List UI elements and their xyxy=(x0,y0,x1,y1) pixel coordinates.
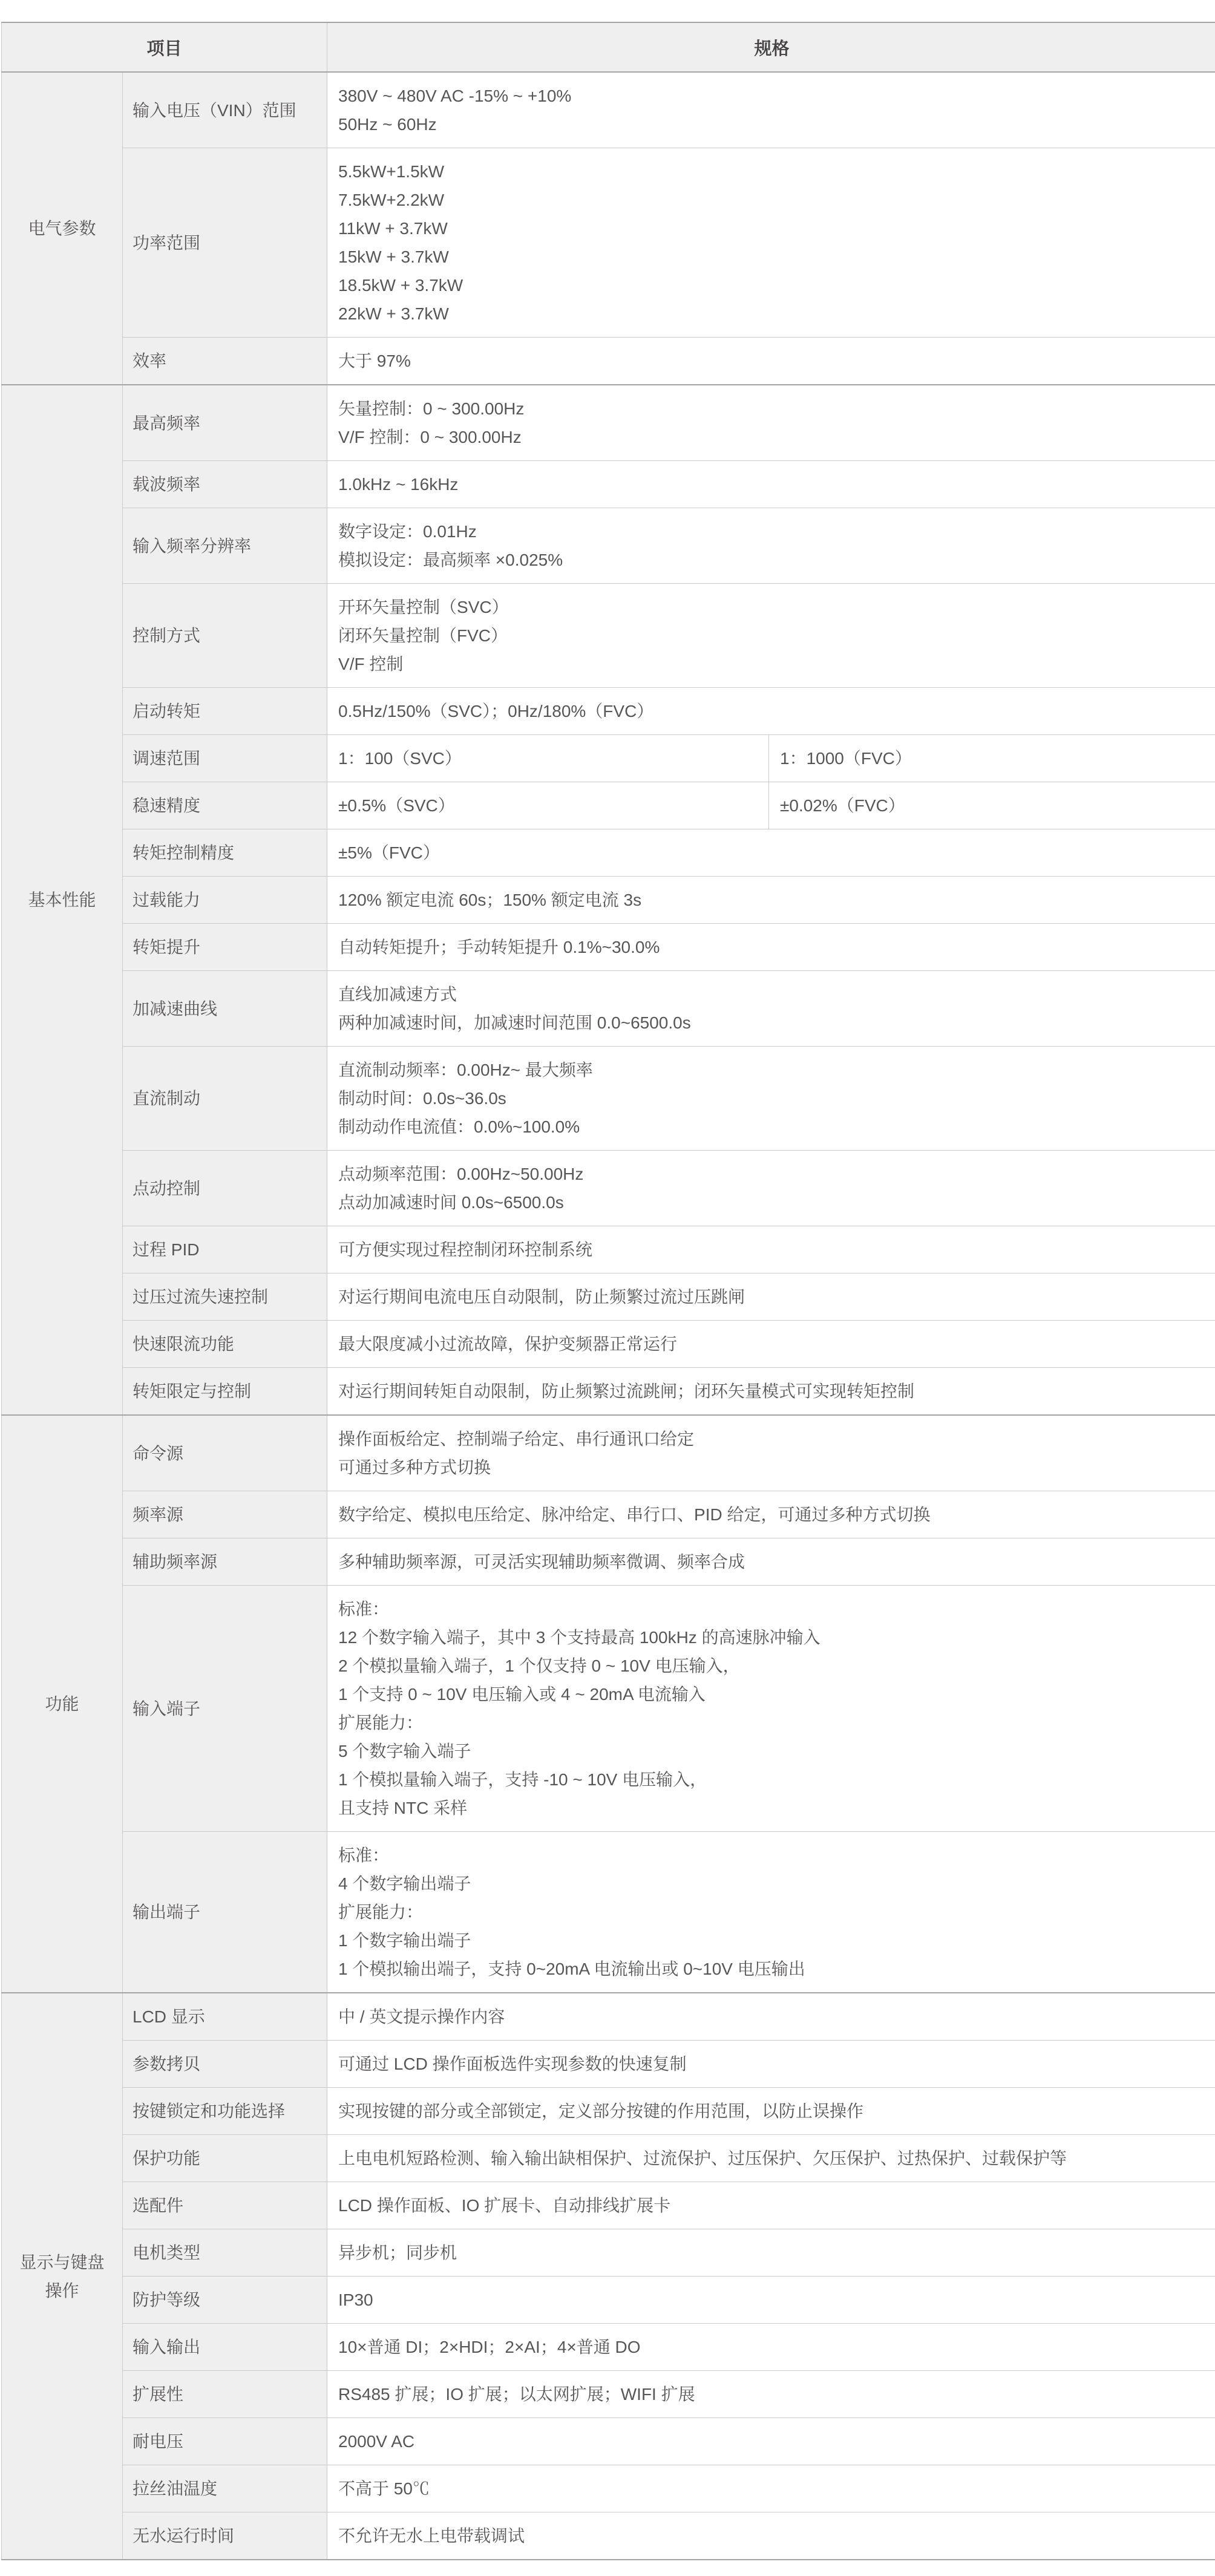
table-row: 过压过流失速控制对运行期间电流电压自动限制，防止频繁过流过压跳闸 xyxy=(2,1273,1215,1321)
group-cell: 基本性能 xyxy=(2,385,123,1415)
table-row: 基本性能最高频率矢量控制：0 ~ 300.00HzV/F 控制：0 ~ 300.… xyxy=(2,385,1215,461)
spec-cell: 可方便实现过程控制闭环控制系统 xyxy=(327,1226,1215,1273)
spec-cell: 多种辅助频率源，可灵活实现辅助频率微调、频率合成 xyxy=(327,1538,1215,1586)
table-row: 辅助频率源多种辅助频率源，可灵活实现辅助频率微调、频率合成 xyxy=(2,1538,1215,1586)
spec-line: 18.5kW + 3.7kW xyxy=(338,271,1205,299)
table-row: 载波频率1.0kHz ~ 16kHz xyxy=(2,461,1215,508)
table-row: 控制方式开环矢量控制（SVC）闭环矢量控制（FVC）V/F 控制 xyxy=(2,584,1215,688)
spec-line: V/F 控制：0 ~ 300.00Hz xyxy=(338,423,1205,451)
item-cell: 转矩控制精度 xyxy=(123,829,327,877)
spec-line: 7.5kW+2.2kW xyxy=(338,186,1205,214)
column-header-spec: 规格 xyxy=(327,22,1215,72)
item-cell: 输入频率分辨率 xyxy=(123,508,327,584)
spec-line: 点动加减速时间 0.0s~6500.0s xyxy=(338,1188,1205,1217)
spec-line: 扩展能力： xyxy=(338,1898,1205,1926)
spec-cell: 不高于 50℃ xyxy=(327,2465,1215,2512)
table-row: 耐电压2000V AC xyxy=(2,2418,1215,2465)
spec-line: RS485 扩展；IO 扩展；以太网扩展；WIFI 扩展 xyxy=(338,2380,1205,2408)
spec-table-body: 电气参数输入电压（VIN）范围380V ~ 480V AC -15% ~ +10… xyxy=(2,72,1215,2560)
spec-line: 5.5kW+1.5kW xyxy=(338,157,1205,186)
item-cell: 效率 xyxy=(123,338,327,385)
item-cell: 直流制动 xyxy=(123,1047,327,1151)
spec-cell: 可通过 LCD 操作面板选件实现参数的快速复制 xyxy=(327,2041,1215,2088)
spec-line: 1 个模拟输出端子，支持 0~20mA 电流输出或 0~10V 电压输出 xyxy=(338,1955,1205,1983)
item-cell: 过程 PID xyxy=(123,1226,327,1273)
spec-line: 120% 额定电流 60s；150% 额定电流 3s xyxy=(338,886,1205,914)
spec-cell: 点动频率范围：0.00Hz~50.00Hz点动加减速时间 0.0s~6500.0… xyxy=(327,1151,1215,1226)
table-row: 过程 PID可方便实现过程控制闭环控制系统 xyxy=(2,1226,1215,1273)
table-row: 参数拷贝可通过 LCD 操作面板选件实现参数的快速复制 xyxy=(2,2041,1215,2088)
spec-line: 12 个数字输入端子，其中 3 个支持最高 100kHz 的高速脉冲输入 xyxy=(338,1623,1205,1652)
spec-cell: 120% 额定电流 60s；150% 额定电流 3s xyxy=(327,877,1215,924)
spec-cell: 实现按键的部分或全部锁定，定义部分按键的作用范围，以防止误操作 xyxy=(327,2088,1215,2135)
spec-cell: 标准：4 个数字输出端子扩展能力：1 个数字输出端子1 个模拟输出端子，支持 0… xyxy=(327,1832,1215,1993)
item-cell: 按键锁定和功能选择 xyxy=(123,2088,327,2135)
spec-line: 可通过多种方式切换 xyxy=(338,1453,1205,1482)
spec-cell: 标准：12 个数字输入端子，其中 3 个支持最高 100kHz 的高速脉冲输入2… xyxy=(327,1586,1215,1832)
table-row: 按键锁定和功能选择实现按键的部分或全部锁定，定义部分按键的作用范围，以防止误操作 xyxy=(2,2088,1215,2135)
item-cell: 耐电压 xyxy=(123,2418,327,2465)
spec-line: 2000V AC xyxy=(338,2427,1205,2456)
item-cell: 输入输出 xyxy=(123,2324,327,2371)
table-row: 调速范围1：100（SVC）1：1000（FVC） xyxy=(2,735,1215,782)
table-row: 扩展性RS485 扩展；IO 扩展；以太网扩展；WIFI 扩展 xyxy=(2,2371,1215,2418)
table-row: 选配件LCD 操作面板、IO 扩展卡、自动排线扩展卡 xyxy=(2,2182,1215,2229)
spec-line: 大于 97% xyxy=(338,347,1205,375)
item-cell: 保护功能 xyxy=(123,2135,327,2182)
item-cell: 电机类型 xyxy=(123,2229,327,2277)
table-row: 效率大于 97% xyxy=(2,338,1215,385)
spec-cell: 1：100（SVC） xyxy=(327,735,769,782)
item-cell: 转矩提升 xyxy=(123,924,327,971)
spec-line: 数字设定：0.01Hz xyxy=(338,517,1205,546)
item-cell: 防护等级 xyxy=(123,2277,327,2324)
spec-cell: 开环矢量控制（SVC）闭环矢量控制（FVC）V/F 控制 xyxy=(327,584,1215,688)
table-row: 稳速精度±0.5%（SVC）±0.02%（FVC） xyxy=(2,782,1215,829)
column-header-item: 项目 xyxy=(2,22,327,72)
item-cell: 无水运行时间 xyxy=(123,2512,327,2560)
spec-line: IP30 xyxy=(338,2286,1205,2314)
table-header-row: 项目 规格 xyxy=(2,22,1215,72)
item-cell: 扩展性 xyxy=(123,2371,327,2418)
spec-cell: IP30 xyxy=(327,2277,1215,2324)
item-cell: 点动控制 xyxy=(123,1151,327,1226)
spec-line: 15kW + 3.7kW xyxy=(338,243,1205,271)
table-row: 频率源数字给定、模拟电压给定、脉冲给定、串行口、PID 给定，可通过多种方式切换 xyxy=(2,1491,1215,1538)
item-cell: 转矩限定与控制 xyxy=(123,1368,327,1416)
table-row: 启动转矩0.5Hz/150%（SVC）；0Hz/180%（FVC） xyxy=(2,688,1215,735)
spec-line: 制动动作电流值：0.0%~100.0% xyxy=(338,1113,1205,1141)
spec-line: 5 个数字输入端子 xyxy=(338,1737,1205,1765)
item-cell: 输入电压（VIN）范围 xyxy=(123,72,327,148)
spec-cell: ±0.5%（SVC） xyxy=(327,782,769,829)
spec-line: 自动转矩提升；手动转矩提升 0.1%~30.0% xyxy=(338,933,1205,961)
spec-cell: 直流制动频率：0.00Hz~ 最大频率制动时间：0.0s~36.0s制动动作电流… xyxy=(327,1047,1215,1151)
spec-line: 中 / 英文提示操作内容 xyxy=(338,2002,1205,2031)
spec-line: 多种辅助频率源，可灵活实现辅助频率微调、频率合成 xyxy=(338,1548,1205,1576)
spec-cell: LCD 操作面板、IO 扩展卡、自动排线扩展卡 xyxy=(327,2182,1215,2229)
spec-line: 两种加减速时间，加减速时间范围 0.0~6500.0s xyxy=(338,1008,1205,1037)
spec-line: 可方便实现过程控制闭环控制系统 xyxy=(338,1235,1205,1264)
spec-cell: RS485 扩展；IO 扩展；以太网扩展；WIFI 扩展 xyxy=(327,2371,1215,2418)
table-row: 输入输出10×普通 DI；2×HDI；2×AI；4×普通 DO xyxy=(2,2324,1215,2371)
table-row: 防护等级IP30 xyxy=(2,2277,1215,2324)
spec-cell: 数字设定：0.01Hz模拟设定：最高频率 ×0.025% xyxy=(327,508,1215,584)
spec-sheet-page: 项目 规格 电气参数输入电压（VIN）范围380V ~ 480V AC -15%… xyxy=(0,0,1215,2576)
spec-line: 22kW + 3.7kW xyxy=(338,299,1205,328)
spec-line: 1 个数字输出端子 xyxy=(338,1926,1205,1955)
table-row: 输入端子标准：12 个数字输入端子，其中 3 个支持最高 100kHz 的高速脉… xyxy=(2,1586,1215,1832)
spec-line: 1.0kHz ~ 16kHz xyxy=(338,470,1205,499)
spec-cell: 2000V AC xyxy=(327,2418,1215,2465)
spec-line: 制动时间：0.0s~36.0s xyxy=(338,1084,1205,1113)
spec-line: 数字给定、模拟电压给定、脉冲给定、串行口、PID 给定，可通过多种方式切换 xyxy=(338,1500,1205,1529)
spec-line: 实现按键的部分或全部锁定，定义部分按键的作用范围，以防止误操作 xyxy=(338,2097,1205,2125)
spec-line: 操作面板给定、控制端子给定、串行通讯口给定 xyxy=(338,1425,1205,1453)
spec-cell: 上电电机短路检测、输入输出缺相保护、过流保护、过压保护、欠压保护、过热保护、过载… xyxy=(327,2135,1215,2182)
item-cell: 命令源 xyxy=(123,1415,327,1491)
spec-line: 可通过 LCD 操作面板选件实现参数的快速复制 xyxy=(338,2050,1205,2078)
table-row: 保护功能上电电机短路检测、输入输出缺相保护、过流保护、过压保护、欠压保护、过热保… xyxy=(2,2135,1215,2182)
spec-line: 模拟设定：最高频率 ×0.025% xyxy=(338,546,1205,574)
group-cell: 电气参数 xyxy=(2,72,123,385)
spec-line: 50Hz ~ 60Hz xyxy=(338,110,1205,139)
spec-cell: 最大限度减小过流故障，保护变频器正常运行 xyxy=(327,1321,1215,1368)
table-row: 无水运行时间不允许无水上电带载调试 xyxy=(2,2512,1215,2560)
spec-table: 项目 规格 电气参数输入电压（VIN）范围380V ~ 480V AC -15%… xyxy=(1,22,1215,2560)
table-row: 电机类型异步机；同步机 xyxy=(2,2229,1215,2277)
spec-line: 10×普通 DI；2×HDI；2×AI；4×普通 DO xyxy=(338,2333,1205,2361)
table-row: 直流制动直流制动频率：0.00Hz~ 最大频率制动时间：0.0s~36.0s制动… xyxy=(2,1047,1215,1151)
spec-cell: 操作面板给定、控制端子给定、串行通讯口给定可通过多种方式切换 xyxy=(327,1415,1215,1491)
item-cell: 加减速曲线 xyxy=(123,971,327,1047)
table-row: 功能命令源操作面板给定、控制端子给定、串行通讯口给定可通过多种方式切换 xyxy=(2,1415,1215,1491)
table-row: 显示与键盘操作LCD 显示中 / 英文提示操作内容 xyxy=(2,1993,1215,2041)
item-cell: 调速范围 xyxy=(123,735,327,782)
spec-cell: 直线加减速方式两种加减速时间，加减速时间范围 0.0~6500.0s xyxy=(327,971,1215,1047)
spec-line: 矢量控制：0 ~ 300.00Hz xyxy=(338,394,1205,423)
spec-cell: 0.5Hz/150%（SVC）；0Hz/180%（FVC） xyxy=(327,688,1215,735)
item-cell: LCD 显示 xyxy=(123,1993,327,2041)
table-row: 功率范围5.5kW+1.5kW7.5kW+2.2kW11kW + 3.7kW15… xyxy=(2,148,1215,338)
spec-cell: 10×普通 DI；2×HDI；2×AI；4×普通 DO xyxy=(327,2324,1215,2371)
spec-line: 2 个模拟量输入端子，1 个仅支持 0 ~ 10V 电压输入， xyxy=(338,1652,1205,1680)
spec-line: 380V ~ 480V AC -15% ~ +10% xyxy=(338,82,1205,110)
spec-cell: 中 / 英文提示操作内容 xyxy=(327,1993,1215,2041)
spec-cell: 不允许无水上电带载调试 xyxy=(327,2512,1215,2560)
table-row: 加减速曲线直线加减速方式两种加减速时间，加减速时间范围 0.0~6500.0s xyxy=(2,971,1215,1047)
table-row: 电气参数输入电压（VIN）范围380V ~ 480V AC -15% ~ +10… xyxy=(2,72,1215,148)
group-cell: 功能 xyxy=(2,1415,123,1993)
table-row: 输出端子标准：4 个数字输出端子扩展能力：1 个数字输出端子1 个模拟输出端子，… xyxy=(2,1832,1215,1993)
spec-line: 对运行期间转矩自动限制，防止频繁过流跳闸；闭环矢量模式可实现转矩控制 xyxy=(338,1377,1205,1405)
group-cell: 显示与键盘操作 xyxy=(2,1993,123,2560)
spec-cell: 5.5kW+1.5kW7.5kW+2.2kW11kW + 3.7kW15kW +… xyxy=(327,148,1215,338)
item-cell: 稳速精度 xyxy=(123,782,327,829)
item-cell: 最高频率 xyxy=(123,385,327,461)
table-row: 转矩限定与控制对运行期间转矩自动限制，防止频繁过流跳闸；闭环矢量模式可实现转矩控… xyxy=(2,1368,1215,1416)
table-row: 输入频率分辨率数字设定：0.01Hz模拟设定：最高频率 ×0.025% xyxy=(2,508,1215,584)
spec-cell: 对运行期间电流电压自动限制，防止频繁过流过压跳闸 xyxy=(327,1273,1215,1321)
spec-cell: ±5%（FVC） xyxy=(327,829,1215,877)
spec-line: V/F 控制 xyxy=(338,650,1205,678)
spec-line: LCD 操作面板、IO 扩展卡、自动排线扩展卡 xyxy=(338,2191,1205,2220)
table-row: 快速限流功能最大限度减小过流故障，保护变频器正常运行 xyxy=(2,1321,1215,1368)
item-cell: 过压过流失速控制 xyxy=(123,1273,327,1321)
table-row: 转矩控制精度±5%（FVC） xyxy=(2,829,1215,877)
item-cell: 快速限流功能 xyxy=(123,1321,327,1368)
spec-line: 0.5Hz/150%（SVC）；0Hz/180%（FVC） xyxy=(338,697,1205,725)
item-cell: 频率源 xyxy=(123,1491,327,1538)
spec-cell: 大于 97% xyxy=(327,338,1215,385)
item-cell: 载波频率 xyxy=(123,461,327,508)
spec-line: 且支持 NTC 采样 xyxy=(338,1794,1205,1822)
table-row: 转矩提升自动转矩提升；手动转矩提升 0.1%~30.0% xyxy=(2,924,1215,971)
spec-line: 4 个数字输出端子 xyxy=(338,1869,1205,1898)
table-row: 拉丝油温度不高于 50℃ xyxy=(2,2465,1215,2512)
spec-line: 1 个支持 0 ~ 10V 电压输入或 4 ~ 20mA 电流输入 xyxy=(338,1680,1205,1708)
spec-line: 不允许无水上电带载调试 xyxy=(338,2522,1205,2550)
spec-line: 标准： xyxy=(338,1595,1205,1623)
spec-cell: 矢量控制：0 ~ 300.00HzV/F 控制：0 ~ 300.00Hz xyxy=(327,385,1215,461)
table-row: 过载能力120% 额定电流 60s；150% 额定电流 3s xyxy=(2,877,1215,924)
spec-line: 标准： xyxy=(338,1841,1205,1869)
item-cell: 输入端子 xyxy=(123,1586,327,1832)
spec-line: 1 个模拟量输入端子，支持 -10 ~ 10V 电压输入， xyxy=(338,1765,1205,1794)
item-cell: 选配件 xyxy=(123,2182,327,2229)
spec-cell: 自动转矩提升；手动转矩提升 0.1%~30.0% xyxy=(327,924,1215,971)
table-row: 点动控制点动频率范围：0.00Hz~50.00Hz点动加减速时间 0.0s~65… xyxy=(2,1151,1215,1226)
item-cell: 启动转矩 xyxy=(123,688,327,735)
spec-line: 不高于 50℃ xyxy=(338,2474,1205,2503)
spec-line: 上电电机短路检测、输入输出缺相保护、过流保护、过压保护、欠压保护、过热保护、过载… xyxy=(338,2144,1205,2172)
item-cell: 过载能力 xyxy=(123,877,327,924)
spec-line: 异步机；同步机 xyxy=(338,2238,1205,2267)
spec-cell: 数字给定、模拟电压给定、脉冲给定、串行口、PID 给定，可通过多种方式切换 xyxy=(327,1491,1215,1538)
spec-cell: 对运行期间转矩自动限制，防止频繁过流跳闸；闭环矢量模式可实现转矩控制 xyxy=(327,1368,1215,1416)
spec-line: 直流制动频率：0.00Hz~ 最大频率 xyxy=(338,1056,1205,1084)
spec-line: 最大限度减小过流故障，保护变频器正常运行 xyxy=(338,1330,1205,1358)
spec-cell: ±0.02%（FVC） xyxy=(769,782,1215,829)
spec-line: 开环矢量控制（SVC） xyxy=(338,593,1205,621)
item-cell: 功率范围 xyxy=(123,148,327,338)
item-cell: 控制方式 xyxy=(123,584,327,688)
spec-cell: 380V ~ 480V AC -15% ~ +10%50Hz ~ 60Hz xyxy=(327,72,1215,148)
spec-line: 扩展能力： xyxy=(338,1708,1205,1737)
spec-line: 点动频率范围：0.00Hz~50.00Hz xyxy=(338,1160,1205,1188)
spec-line: ±5%（FVC） xyxy=(338,839,1205,867)
spec-line: 11kW + 3.7kW xyxy=(338,214,1205,243)
spec-cell: 1.0kHz ~ 16kHz xyxy=(327,461,1215,508)
spec-cell: 1：1000（FVC） xyxy=(769,735,1215,782)
spec-cell: 异步机；同步机 xyxy=(327,2229,1215,2277)
item-cell: 参数拷贝 xyxy=(123,2041,327,2088)
spec-line: 直线加减速方式 xyxy=(338,980,1205,1008)
item-cell: 拉丝油温度 xyxy=(123,2465,327,2512)
item-cell: 输出端子 xyxy=(123,1832,327,1993)
spec-line: 闭环矢量控制（FVC） xyxy=(338,621,1205,650)
spec-line: 对运行期间电流电压自动限制，防止频繁过流过压跳闸 xyxy=(338,1283,1205,1311)
item-cell: 辅助频率源 xyxy=(123,1538,327,1586)
